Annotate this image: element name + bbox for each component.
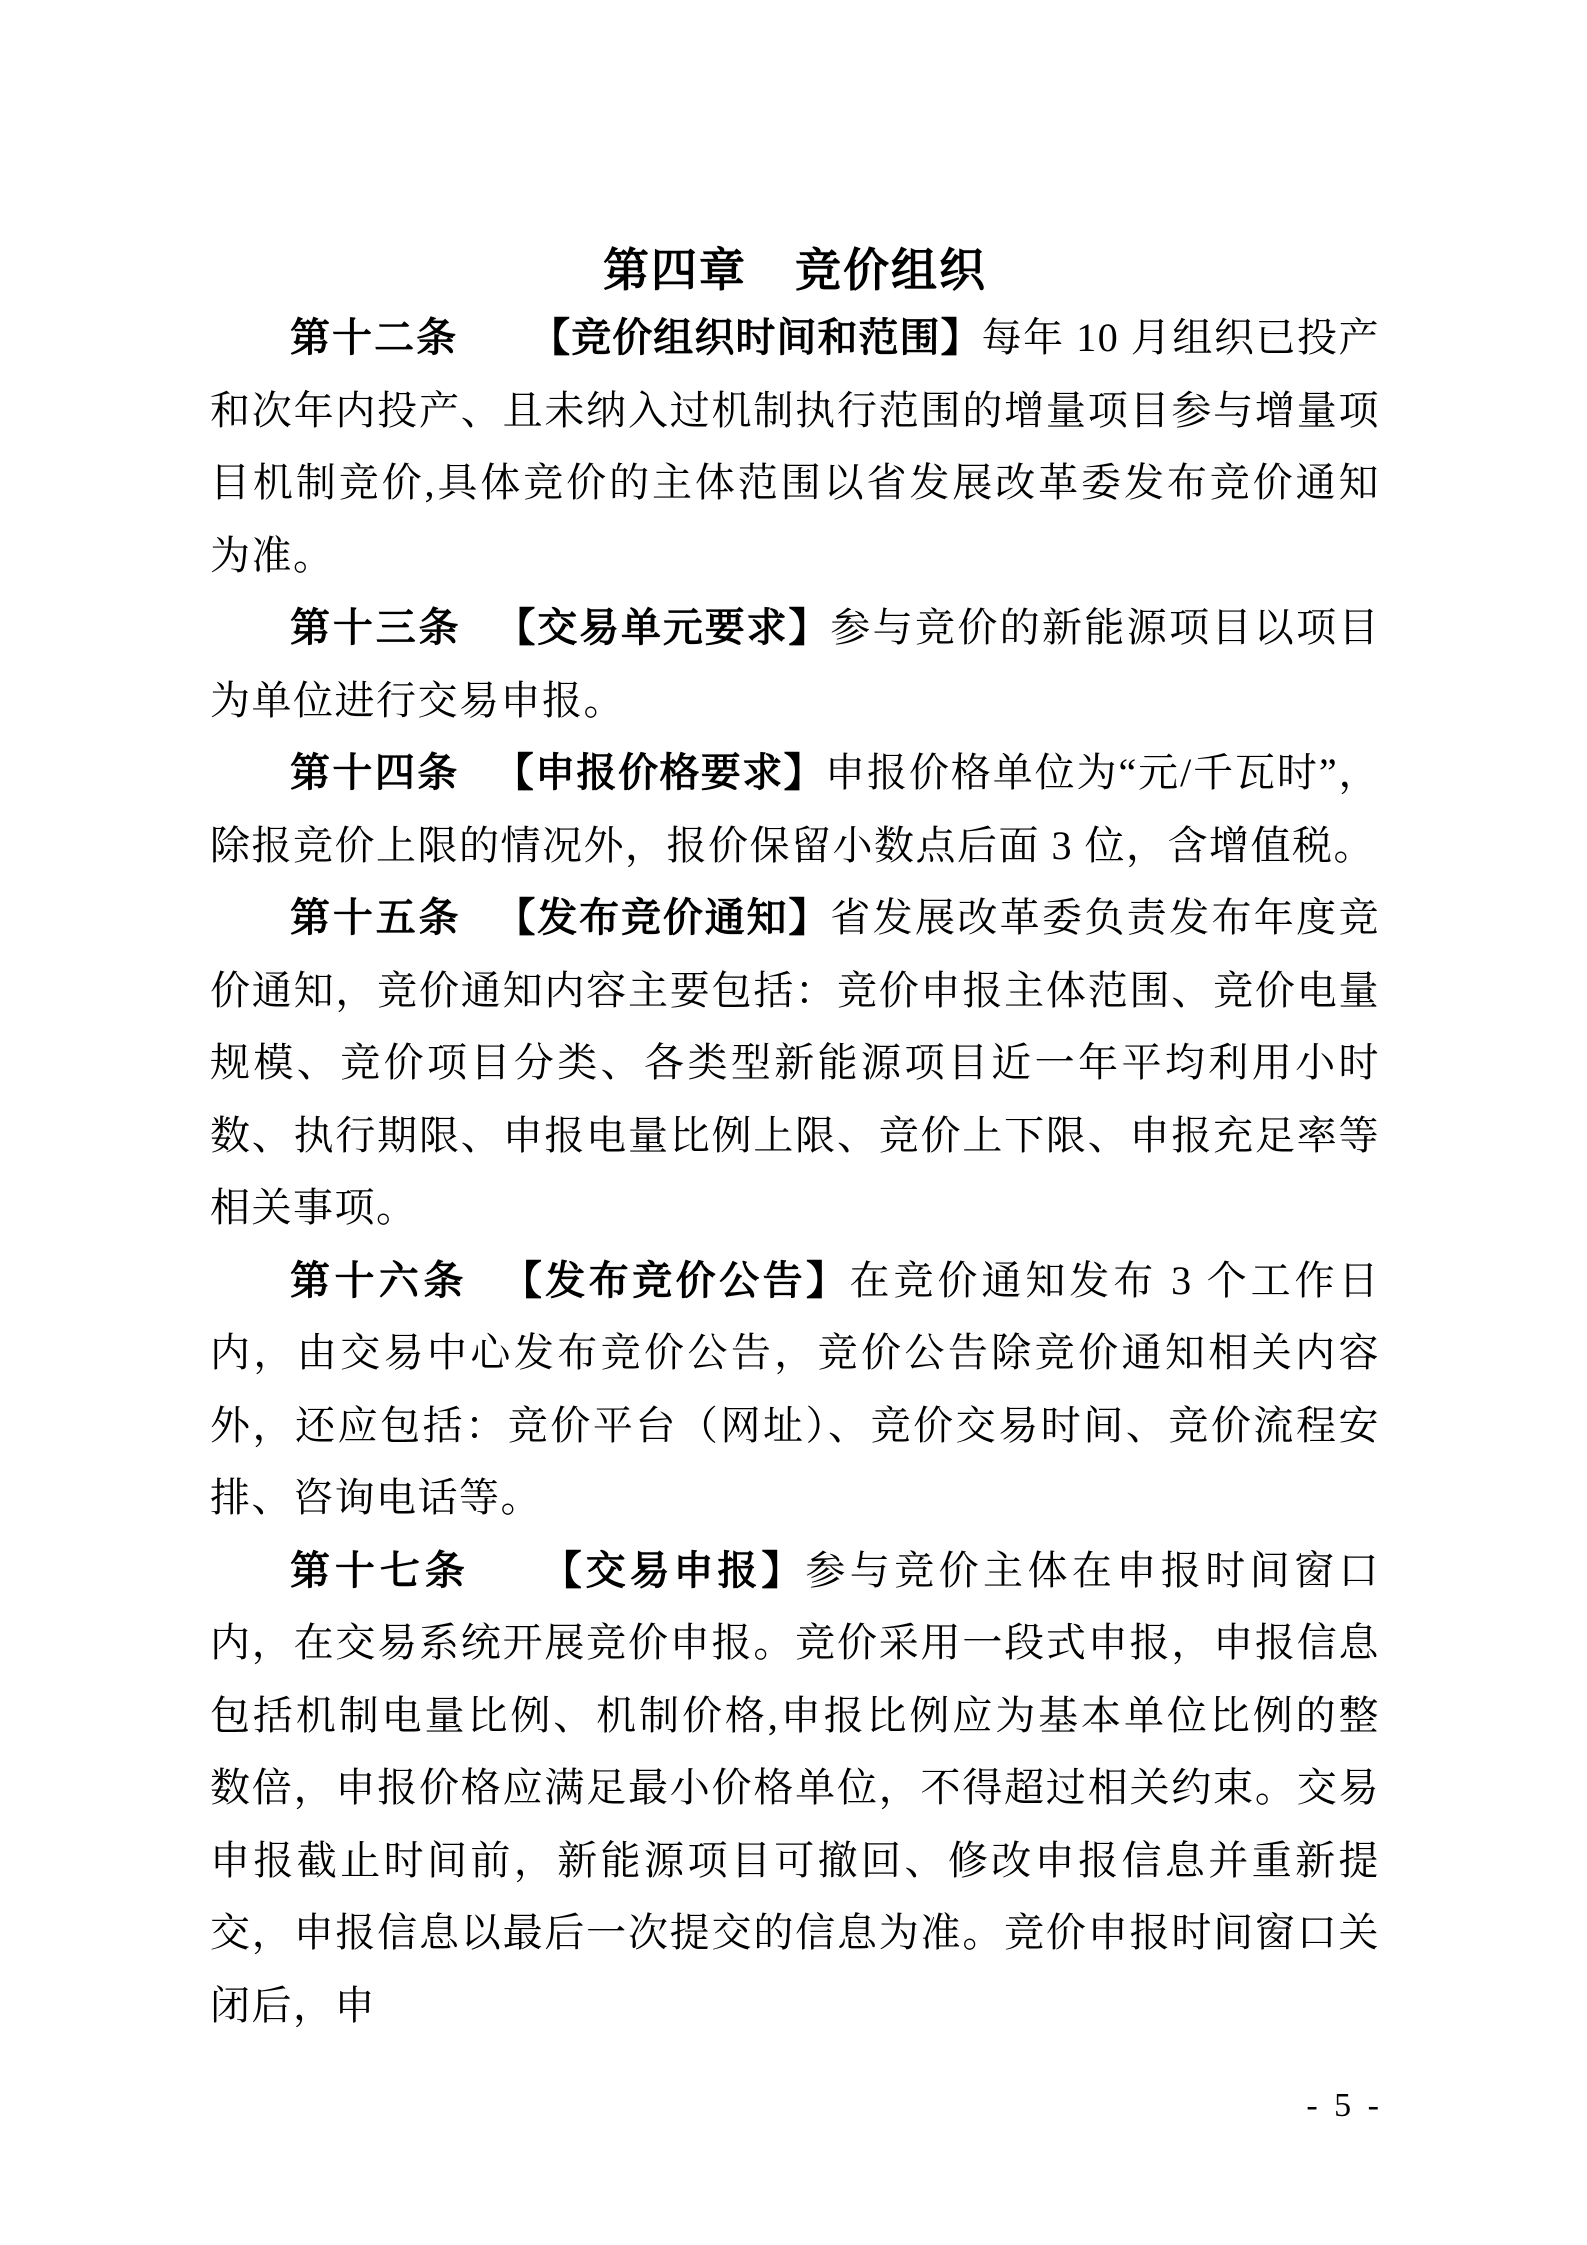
article-14: 第十四条【申报价格要求】申报价格单位为“元/千瓦时”，除报竞价上限的情况外，报价… <box>210 737 1380 882</box>
article-13-number: 第十三条 <box>290 605 461 651</box>
article-17-heading: 【交易申报】 <box>542 1548 806 1593</box>
article-14-number: 第十四条 <box>290 750 460 796</box>
chapter-title: 第四章 竞价组织 <box>210 244 1380 296</box>
article-15: 第十五条【发布竞价通知】省发展改革委负责发布年度竞价通知，竞价通知内容主要包括：… <box>210 882 1380 1245</box>
article-15-body: 省发展改革委负责发布年度竞价通知，竞价通知内容主要包括：竞价申报主体范围、竞价电… <box>210 895 1380 1230</box>
article-15-heading: 【发布竞价通知】 <box>495 895 830 940</box>
page-number: - 5 - <box>1306 2086 1383 2126</box>
document-page: 第四章 竞价组织 第十二条【竞价组织时间和范围】每年 10 月组织已投产和次年内… <box>0 0 1587 2245</box>
article-15-number: 第十五条 <box>290 895 461 941</box>
article-16: 第十六条【发布竞价公告】在竞价通知发布 3 个工作日内，由交易中心发布竞价公告，… <box>210 1245 1380 1535</box>
article-13: 第十三条【交易单元要求】参与竞价的新能源项目以项目为单位进行交易申报。 <box>210 592 1380 737</box>
article-13-heading: 【交易单元要求】 <box>495 605 830 650</box>
article-16-heading: 【发布竞价公告】 <box>502 1258 850 1303</box>
article-17: 第十七条【交易申报】参与竞价主体在申报时间窗口内，在交易系统开展竞价申报。竞价采… <box>210 1535 1380 2043</box>
article-17-body: 参与竞价主体在申报时间窗口内，在交易系统开展竞价申报。竞价采用一段式申报，申报信… <box>210 1548 1380 2028</box>
article-16-number: 第十六条 <box>290 1258 468 1304</box>
article-12: 第十二条【竞价组织时间和范围】每年 10 月组织已投产和次年内投产、且未纳入过机… <box>210 302 1380 592</box>
document-content: 第四章 竞价组织 第十二条【竞价组织时间和范围】每年 10 月组织已投产和次年内… <box>210 244 1380 2042</box>
article-17-number: 第十七条 <box>290 1548 470 1594</box>
article-14-heading: 【申报价格要求】 <box>494 750 825 795</box>
article-12-heading: 【竞价组织时间和范围】 <box>530 315 981 360</box>
article-12-number: 第十二条 <box>290 315 458 361</box>
